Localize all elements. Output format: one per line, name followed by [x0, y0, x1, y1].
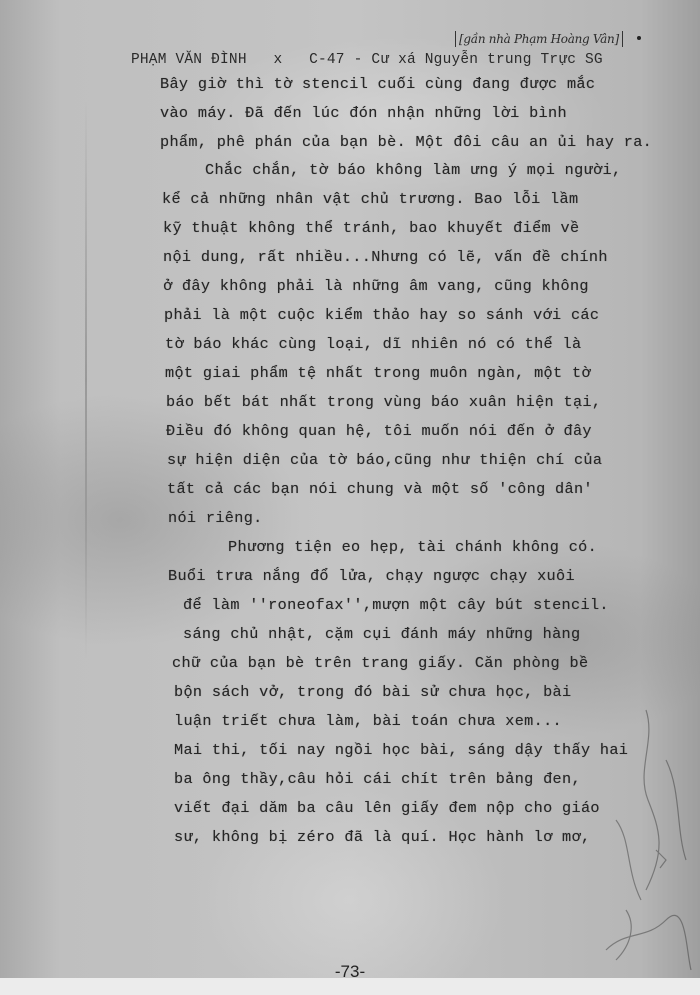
text-line: luận triết chưa làm, bài toán chưa xem..… — [174, 712, 562, 730]
text-line: nói riêng. — [168, 509, 263, 527]
text-line: sư, không bị zéro đã là quí. Học hành lơ… — [174, 828, 590, 846]
text-line: Điều đó không quan hệ, tôi muốn nói đến … — [166, 422, 592, 440]
text-line: phải là một cuộc kiểm thảo hay so sánh v… — [164, 306, 599, 324]
margin-doodle-icon — [586, 700, 696, 980]
ink-dot — [637, 36, 641, 40]
text-line: để làm ''roneofax'',mượn một cây bút ste… — [183, 596, 609, 614]
handwritten-note: [gần nhà Phạm Hoàng Vân] — [455, 31, 623, 47]
text-line: Bây giờ thì tờ stencil cuối cùng đang đư… — [160, 75, 595, 93]
text-line: phẩm, phê phán của bạn bè. Một đôi câu a… — [160, 133, 652, 151]
text-line: bộn sách vở, trong đó bài sử chưa học, b… — [174, 683, 572, 701]
text-line: ở đây không phải là những âm vang, cũng … — [163, 277, 589, 295]
text-line: Chắc chắn, tờ báo không làm ưng ý mọi ng… — [205, 161, 621, 179]
text-line: chữ của bạn bè trên trang giấy. Căn phòn… — [172, 654, 588, 672]
text-line: vào máy. Đã đến lúc đón nhận những lời b… — [160, 104, 567, 122]
text-line: Phương tiện eo hẹp, tài chánh không có. — [228, 538, 597, 556]
text-line: một giai phẩm tệ nhất trong muôn ngàn, m… — [165, 364, 591, 382]
text-line: tất cả các bạn nói chung và một số 'công… — [167, 480, 593, 498]
author-address: C-47 - Cư xá Nguyễn trung Trực SG — [309, 52, 603, 68]
text-line: kỹ thuật không thể tránh, bao khuyết điể… — [163, 219, 579, 237]
text-line: tờ báo khác cùng loại, dĩ nhiên nó có th… — [165, 335, 581, 353]
text-line: kể cả những nhân vật chủ trương. Bao lỗi… — [162, 190, 578, 208]
text-line: Mai thi, tối nay ngồi học bài, sáng dậy … — [174, 741, 628, 759]
text-line: nội dung, rất nhiều...Nhưng có lẽ, vấn đ… — [163, 248, 608, 266]
text-line: báo bết bát nhất trong vùng báo xuân hiệ… — [166, 393, 601, 411]
text-line: Buổi trưa nắng đổ lửa, chạy ngược chạy x… — [168, 567, 575, 585]
text-line: viết đại dăm ba câu lên giấy đem nộp cho… — [174, 799, 600, 817]
author-name: PHẠM VĂN ĐÌNH — [131, 52, 247, 68]
header-mark: x — [273, 52, 282, 68]
scanned-page: [gần nhà Phạm Hoàng Vân] PHẠM VĂN ĐÌNH x… — [0, 0, 700, 995]
text-line: sự hiện diện của tờ báo,cũng như thiện c… — [167, 451, 602, 469]
text-line: sáng chủ nhật, cặm cụi đánh máy những hà… — [183, 625, 581, 643]
document-header: PHẠM VĂN ĐÌNH x C-47 - Cư xá Nguyễn trun… — [131, 52, 603, 68]
paper-crease — [85, 100, 87, 660]
page-number: -73- — [335, 962, 365, 982]
text-line: ba ông thầy,câu hỏi cái chít trên bảng đ… — [174, 770, 581, 788]
